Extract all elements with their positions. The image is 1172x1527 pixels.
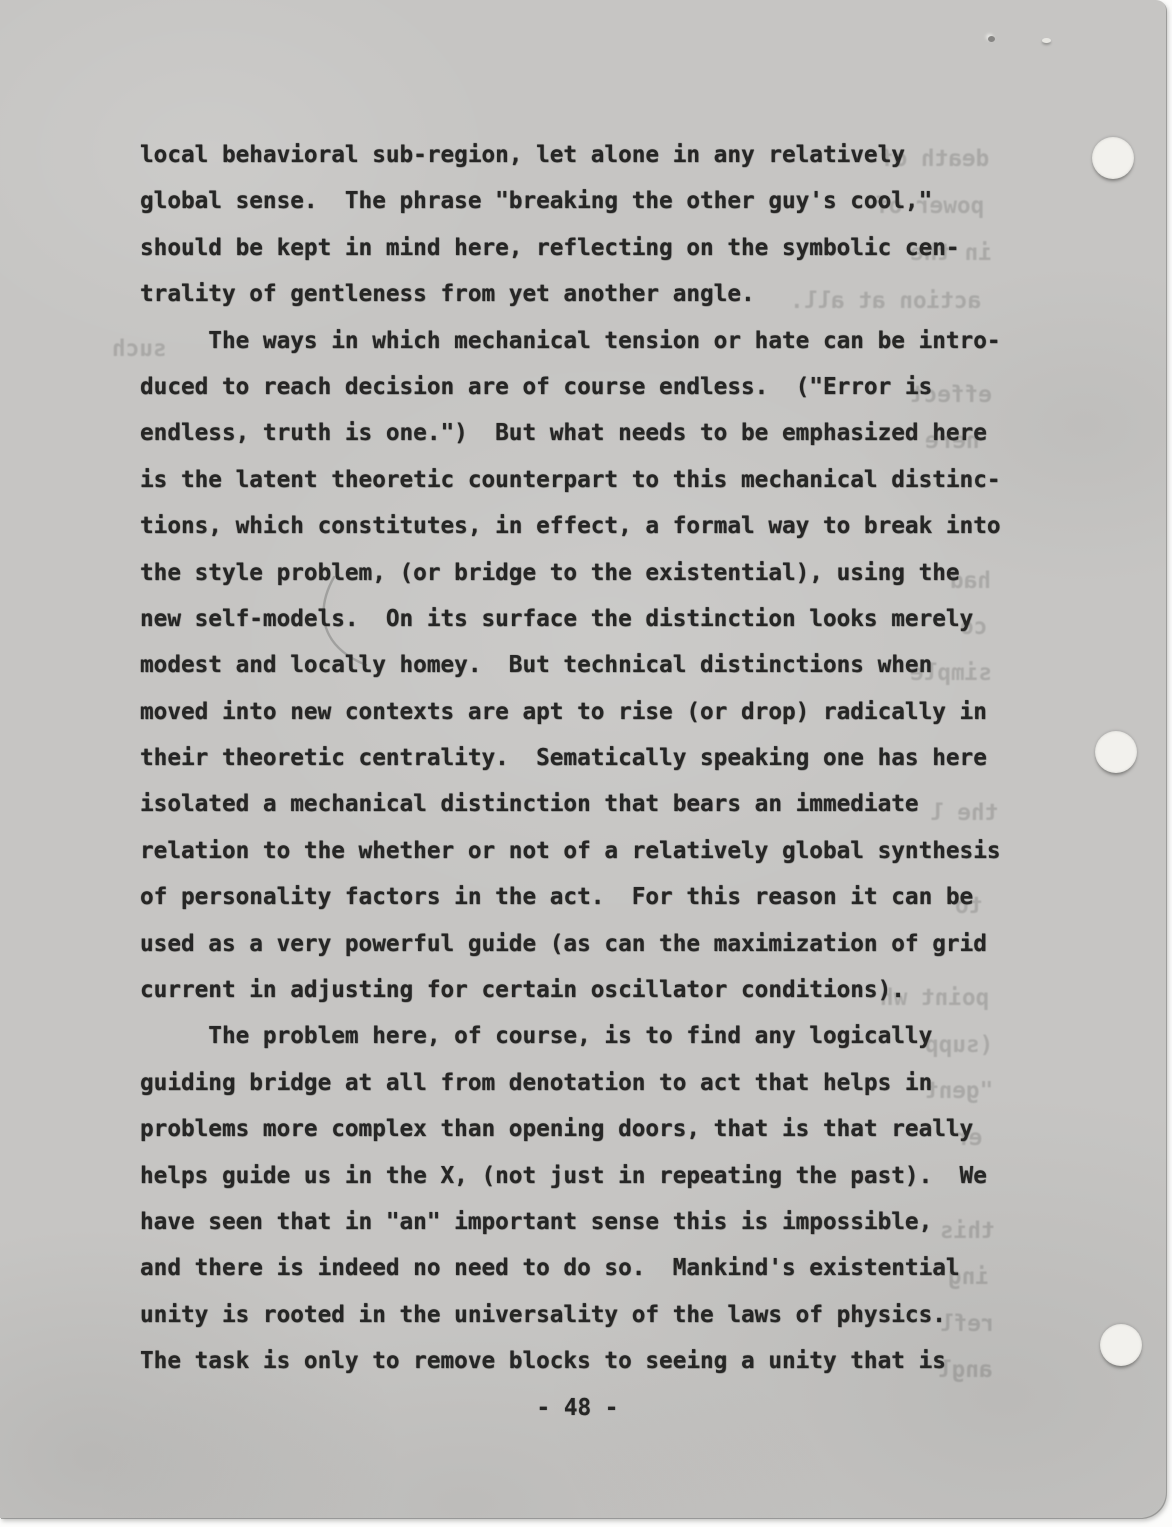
typewritten-text-block: local behavioral sub-region, let alone i… (140, 132, 1040, 1431)
text-line: used as a very powerful guide (as can th… (140, 921, 1040, 967)
text-line: The problem here, of course, is to find … (140, 1013, 1040, 1059)
text-line: relation to the whether or not of a rela… (140, 828, 1040, 874)
text-line: new self-models. On its surface the dist… (140, 596, 1040, 642)
text-line: trality of gentleness from yet another a… (140, 271, 1040, 317)
text-line: current in adjusting for certain oscilla… (140, 967, 1040, 1013)
text-line: The ways in which mechanical tension or … (140, 318, 1040, 364)
text-line: local behavioral sub-region, let alone i… (140, 132, 1040, 178)
text-line: unity is rooted in the universality of t… (140, 1292, 1040, 1338)
text-line: isolated a mechanical distinction that b… (140, 781, 1040, 827)
text-line: have seen that in "an" important sense t… (140, 1199, 1040, 1245)
punch-hole (1095, 731, 1137, 773)
page-number: - 48 - (140, 1385, 1015, 1431)
text-line: the style problem, (or bridge to the exi… (140, 550, 1040, 596)
text-line: and there is indeed no need to do so. Ma… (140, 1245, 1040, 1291)
text-line: is the latent theoretic counterpart to t… (140, 457, 1040, 503)
text-line: helps guide us in the X, (not just in re… (140, 1153, 1040, 1199)
punch-hole (1100, 1324, 1142, 1366)
text-line: The task is only to remove blocks to see… (140, 1338, 1040, 1384)
text-line: their theoretic centrality. Sematically … (140, 735, 1040, 781)
text-line: of personality factors in the act. For t… (140, 874, 1040, 920)
scan-frame: death ofpower ofin theaction at all.such… (0, 0, 1172, 1527)
paper-speck (988, 36, 995, 42)
text-line: modest and locally homey. But technical … (140, 642, 1040, 688)
text-line: duced to reach decision are of course en… (140, 364, 1040, 410)
text-line: endless, truth is one.") But what needs … (140, 410, 1040, 456)
text-line: guiding bridge at all from denotation to… (140, 1060, 1040, 1106)
text-line: problems more complex than opening doors… (140, 1106, 1040, 1152)
text-line: tions, which constitutes, in effect, a f… (140, 503, 1040, 549)
paper-sheet: death ofpower ofin theaction at all.such… (0, 0, 1166, 1518)
paper-speck (1042, 38, 1051, 43)
text-line: should be kept in mind here, reflecting … (140, 225, 1040, 271)
punch-hole (1092, 137, 1134, 179)
text-line: global sense. The phrase "breaking the o… (140, 178, 1040, 224)
text-line: moved into new contexts are apt to rise … (140, 689, 1040, 735)
